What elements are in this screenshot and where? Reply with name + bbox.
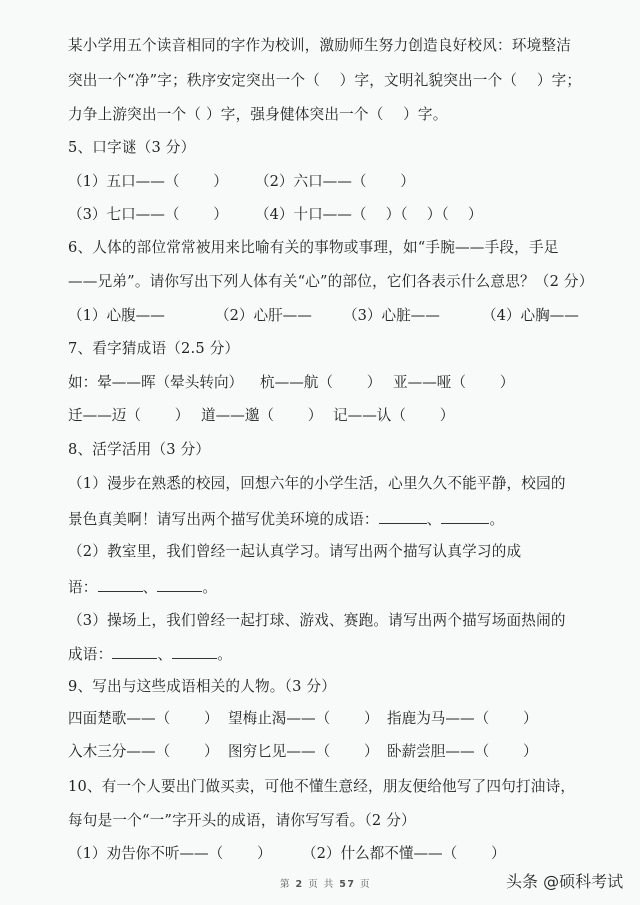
answer-blank[interactable] xyxy=(379,510,427,524)
q6-item-4: （4）心胸—— xyxy=(482,307,579,325)
question-7-title: 7、看字猜成语（2.5 分） xyxy=(68,340,239,358)
intro-line-3: 力争上游突出一个（ ）字，强身健体突出一个（ ）字。 xyxy=(68,106,448,124)
q7-item-dao: 道——邈（ ） xyxy=(201,407,322,425)
q8-part-2-line-1: （2）教室里，我们曾经一起认真学习。请写出两个描写认真学习的成 xyxy=(68,543,521,561)
footer-prefix: 第 xyxy=(280,879,291,890)
separator: 、 xyxy=(427,511,442,528)
intro-line-2: 突出一个“净”字；秩序安定突出一个（ ）字，文明礼貌突出一个（ ）字； xyxy=(68,72,581,90)
question-10-line-1: 10、有一个人要出门做买卖，可他不懂生意经，朋友便给他写了四句打油诗， xyxy=(68,778,575,796)
question-8-title: 8、活学活用（3 分） xyxy=(68,441,210,459)
separator: 、 xyxy=(157,646,172,663)
period: 。 xyxy=(217,646,232,663)
q9-item-6: 卧薪尝胆——（ ） xyxy=(387,743,538,761)
q5-item-2: （2）六口——（ ） xyxy=(255,173,415,191)
q10-item-2: （2）什么都不懂——（ ） xyxy=(302,845,506,863)
q9-item-3: 指鹿为马——（ ） xyxy=(387,710,538,728)
answer-blank[interactable] xyxy=(98,578,143,592)
period: 。 xyxy=(202,579,217,596)
page-footer: 第 2 页 共 57 页 xyxy=(280,876,371,890)
answer-blank[interactable] xyxy=(112,645,157,659)
watermark: 头条 @硕科考试 xyxy=(506,869,623,892)
answer-blank[interactable] xyxy=(157,578,202,592)
total-pages: 57 xyxy=(339,879,355,890)
question-9-title: 9、写出与这些成语相关的人物。（3 分） xyxy=(68,678,336,696)
q5-item-1: （1）五口——（ ） xyxy=(68,173,228,191)
q8-part-2-line-2: 语：、。 xyxy=(68,578,217,597)
separator: 、 xyxy=(143,579,158,596)
footer-suffix: 页 xyxy=(360,879,371,890)
q6-item-3: （3）心脏—— xyxy=(343,307,440,325)
question-6-line-1: 6、人体的部位常常被用来比喻有关的事物或事理，如“手腕——手段，手足 xyxy=(68,239,559,257)
q7-example: 如：晕——晖（晕头转向） xyxy=(68,374,243,392)
question-10-line-2: 每句是一个“一”字开头的成语，请你写写看。（2 分） xyxy=(68,812,416,830)
q9-item-4: 入木三分——（ ） xyxy=(68,743,219,761)
q9-item-1: 四面楚歌——（ ） xyxy=(68,710,219,728)
q8-part-3-line-2: 成语：、。 xyxy=(68,645,232,664)
q8-part-1-line-1: （1）漫步在熟悉的校园，回想六年的小学生活，心里久久不能平静，校园的 xyxy=(68,475,566,493)
q9-item-5: 图穷匕见——（ ） xyxy=(228,743,379,761)
q6-item-1: （1）心腹—— xyxy=(68,307,165,325)
page-number: 2 xyxy=(296,879,304,890)
q8-part-2-prompt: 语： xyxy=(68,579,98,596)
question-6-line-2: ——兄弟”。请你写出下列人体有关“心”的部位，它们各表示什么意思？（2 分） xyxy=(68,273,594,291)
q7-item-ji: 记——认（ ） xyxy=(333,407,454,425)
q7-item-qian: 迁——迈（ ） xyxy=(68,407,189,425)
q9-item-2: 望梅止渴——（ ） xyxy=(228,710,379,728)
q8-part-3-prompt: 成语： xyxy=(68,646,112,663)
q6-item-2: （2）心肝—— xyxy=(215,307,312,325)
q7-item-hang: 杭——航（ ） xyxy=(260,374,381,392)
q5-item-4: （4）十口——（ ）（ ）（ ） xyxy=(255,206,483,224)
q8-part-1-line-2: 景色真美啊！请写出两个描写优美环境的成语：、。 xyxy=(68,510,504,529)
answer-blank[interactable] xyxy=(172,645,217,659)
intro-line-1: 某小学用五个读音相同的字作为校训，激励师生努力创造良好校风：环境整洁 xyxy=(68,37,571,55)
q10-item-1: （1）劝告你不听——（ ） xyxy=(68,845,272,863)
q7-item-ya: 亚——哑（ ） xyxy=(393,374,514,392)
footer-middle: 页 共 xyxy=(308,879,335,890)
answer-blank[interactable] xyxy=(441,510,489,524)
q5-item-3: （3）七口——（ ） xyxy=(68,206,228,224)
period: 。 xyxy=(489,511,504,528)
q8-part-3-line-1: （3）操场上，我们曾经一起打球、游戏、赛跑。请写出两个描写场面热闹的 xyxy=(68,612,566,630)
q8-part-1-prompt: 景色真美啊！请写出两个描写优美环境的成语： xyxy=(68,511,379,528)
question-5-title: 5、口字谜（3 分） xyxy=(68,139,195,157)
